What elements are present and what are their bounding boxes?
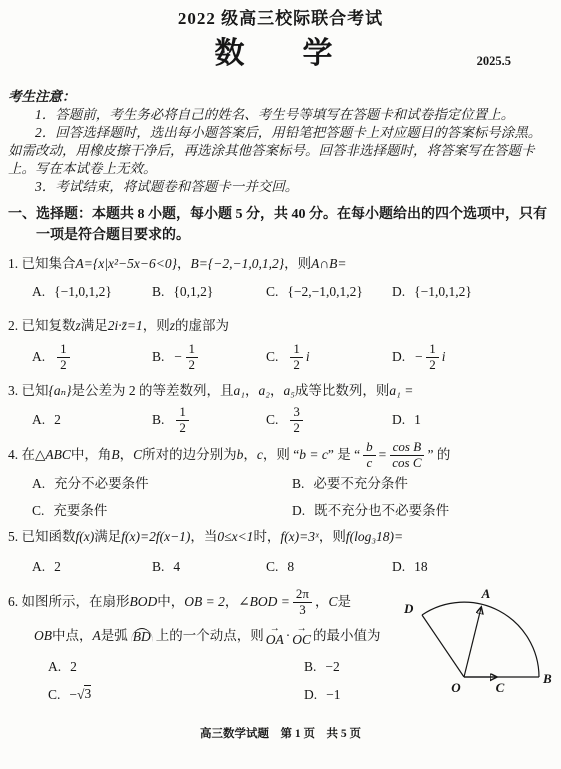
option-value: 2 [70,657,77,677]
option-c: C.32 [266,405,392,436]
option-label: C. [266,557,278,577]
math-expr: a₅ [283,381,294,401]
numerator: 1 [290,342,303,358]
math-expr: OB = 2 [184,592,225,612]
numerator: 1 [426,342,439,358]
denominator: 2 [290,358,303,373]
label-c: C [496,680,505,695]
fraction: 2π3 [293,587,312,618]
stem-text: 的虚部为 [175,316,229,336]
denominator: 2 [426,358,439,373]
option-value: {−2,−1,0,1,2} [287,282,362,302]
fraction: 12 [426,342,439,373]
question-6: 6. 如图所示，在扇形 BOD 中，OB = 2，∠BOD =2π3，C 是 O… [8,587,553,709]
option-b: B.{0,1,2} [152,282,266,302]
denominator: cos C [389,456,424,471]
math-expr: C [328,592,337,612]
option-value: 2 [54,410,61,430]
option-d: D.18 [392,557,553,577]
stem-text: 中，角 [71,445,112,465]
math-expr: B [111,445,119,465]
fraction: cos Bcos C [389,440,424,471]
question-6-stem-line1: 6. 如图所示，在扇形 BOD 中，OB = 2，∠BOD =2π3，C 是 [8,587,401,618]
option-label: B. [304,657,316,677]
math-expr: A={x|x²−5x−6<0} [76,254,177,274]
denominator: 3 [296,603,309,618]
stem-text: ， [177,254,191,274]
arc-over-bd: BD [131,628,153,645]
stem-text: 已知 [22,381,49,401]
option-label: B. [152,557,164,577]
page-footer: 高三数学试题 第 1 页 共 5 页 [8,725,553,741]
question-2-options: A.12 B.−12 C.12i D.−12i [8,342,553,373]
option-label: D. [392,557,405,577]
question-1-options: A.{−1,0,1,2} B.{0,1,2} C.{−2,−1,0,1,2} D… [8,282,553,302]
option-value: 8 [287,557,294,577]
stem-text: 中点， [52,626,93,646]
option-label: A. [48,657,61,677]
notice-heading: 考生注意： [8,88,553,106]
stem-text: ， [243,445,257,465]
numerator: 1 [57,342,70,358]
option-a: A.2 [32,557,152,577]
option-c: C.8 [266,557,392,577]
math-expr: f(x)=2f(x−1) [121,527,190,547]
equals-sign: = [379,445,387,465]
exam-paper-page: 2022 级高三校际联合考试 数 学 2025.5 考生注意： 1．答题前，考生… [0,0,561,769]
option-value: 充要条件 [53,501,107,521]
fraction: 12 [176,405,189,436]
stem-text: ，当 [190,527,217,547]
section-heading: 一、选择题：本题共 8 小题，每小题 5 分，共 40 分。在每小题给出的四个选… [8,204,553,246]
radicand: 3 [84,685,91,705]
stem-text: 是弧 [101,626,128,646]
stem-text: ，则 [319,527,346,547]
option-label: A. [32,410,45,430]
math-expr: C [133,445,142,465]
fraction: 12 [57,342,70,373]
math-expr: a₁ = [389,381,413,401]
stem-text: ” 的 [428,445,451,465]
vector-oc: →OC [292,626,311,647]
option-label: B. [152,347,164,367]
option-label: B. [152,282,164,302]
option-a: A.12 [32,342,152,373]
denominator: c [363,456,375,471]
option-value: −2 [325,657,339,677]
question-5-options: A.2 B.4 C.8 D.18 [8,557,553,577]
exam-date: 2025.5 [477,54,511,69]
option-label: C. [266,347,278,367]
option-b: B.−12 [152,342,266,373]
option-d: D.1 [392,405,553,436]
math-expr: f(log₃18)= [346,527,403,547]
exam-title: 2022 级高三校际联合考试 [8,8,553,30]
math-expr: b [237,445,244,465]
math-expr: OB [34,626,52,646]
option-d: D.−12i [392,342,553,373]
stem-text: 上的一个动点，则 [156,626,264,646]
numerator: 1 [176,405,189,421]
question-3-stem: 3. 已知 {aₙ} 是公差为 2 的等差数列，且 a₁，a₂，a₅ 成等比数列… [8,381,553,401]
question-4: 4. 在 △ABC 中，角 B，C 所对的边分别为 b，c，则 “b = c” … [8,440,553,521]
option-label: D. [392,282,405,302]
stem-text: 在 [22,445,36,465]
denominator: 2 [290,421,303,436]
label-o: O [451,680,461,695]
question-4-stem: 4. 在 △ABC 中，角 B，C 所对的边分别为 b，c，则 “b = c” … [8,440,553,471]
sign: − [69,685,77,705]
option-value: 4 [173,557,180,577]
question-3-options: A.2 B.12 C.32 D.1 [8,405,553,436]
label-b: B [542,671,552,686]
stem-text: 所对的边分别为 [142,445,237,465]
option-label: C. [32,501,44,521]
option-label: D. [292,501,305,521]
question-6-content: 6. 如图所示，在扇形 BOD 中，OB = 2，∠BOD =2π3，C 是 O… [8,587,401,705]
fraction: 12 [290,342,303,373]
math-expr: A∩B= [311,254,346,274]
stem-text: 已知复数 [22,316,76,336]
subject-title: 数 学 [215,36,347,72]
option-value: 必要不充分条件 [313,474,408,494]
option-b: B.4 [152,557,266,577]
option-a: A.充分不必要条件 [32,474,292,494]
stem-text: 满足 [81,316,108,336]
option-label: D. [392,410,405,430]
radius-od [422,615,464,677]
stem-text: ， [315,592,329,612]
option-label: C. [266,410,278,430]
sector-figure: O C B D A [401,587,553,709]
stem-text: 的最小值为 [313,626,381,646]
math-expr: a₂ [258,381,269,401]
option-c: C.充要条件 [32,501,292,521]
math-expr: f(x)=3ˣ [280,527,318,547]
option-label: A. [32,347,45,367]
option-value: 2 [54,557,61,577]
stem-text: 如图所示，在扇形 [22,592,130,612]
stem-text: ， [245,381,259,401]
stem-text: 成等比数列，则 [295,381,390,401]
question-1: 1. 已知集合 A={x|x²−5x−6<0}，B={−2,−1,0,1,2}，… [8,254,553,302]
question-6-options: A.2 B.−2 C.−√3 D.−1 [8,657,401,705]
option-label: B. [152,410,164,430]
option-c: C.{−2,−1,0,1,2} [266,282,392,302]
dot-operator: · [286,626,291,646]
question-1-stem: 1. 已知集合 A={x|x²−5x−6<0}，B={−2,−1,0,1,2}，… [8,254,553,274]
stem-text: ，则 “ [263,445,299,465]
math-expr: b = c [299,445,328,465]
math-expr: 2i·z̄=1 [108,316,143,336]
denominator: 2 [176,421,189,436]
stem-text: 中， [157,592,184,612]
stem-text: 满足 [94,527,121,547]
stem-text: 时， [253,527,280,547]
denominator: 2 [186,358,199,373]
option-d: D.−1 [304,685,401,705]
option-value: 充分不必要条件 [54,474,149,494]
question-2: 2. 已知复数 z 满足 2i·z̄=1，则 z 的虚部为 A.12 B.−12… [8,316,553,373]
option-a: A.{−1,0,1,2} [32,282,152,302]
option-b: B.12 [152,405,266,436]
stem-text: ，则 [143,316,170,336]
option-value: {0,1,2} [173,282,213,302]
option-label: C. [48,685,60,705]
suffix: i [442,347,446,367]
option-b: B.必要不充分条件 [292,474,553,494]
question-2-stem: 2. 已知复数 z 满足 2i·z̄=1，则 z 的虚部为 [8,316,553,336]
option-d: D.{−1,0,1,2} [392,282,553,302]
stem-text: ，则 [284,254,311,274]
option-value: 既不充分也不必要条件 [314,501,449,521]
option-a: A.2 [48,657,304,677]
question-number: 1. [8,254,18,274]
option-label: A. [32,282,45,302]
math-expr: B={−2,−1,0,1,2} [190,254,284,274]
math-expr: BOD [130,592,158,612]
math-expr: {aₙ} [49,381,72,401]
option-value: 18 [414,557,428,577]
stem-text: 是 [338,592,352,612]
option-d: D.既不充分也不必要条件 [292,501,553,521]
label-a: A [481,586,491,601]
vector-letters: OC [292,633,311,647]
math-expr: a₁ [234,381,245,401]
label-d: D [403,601,414,616]
stem-text: ， [270,381,284,401]
vector-oa: →OA [266,626,284,647]
question-5-stem: 5. 已知函数 f(x) 满足 f(x)=2f(x−1)，当 0≤x<1 时，f… [8,527,553,547]
suffix: i [306,347,310,367]
stem-text: ， [225,592,239,612]
notice-item: 2．回答选择题时，选出每小题答案后，用铅笔把答题卡上对应题目的答案标号涂黑。如需… [8,124,553,178]
radical-sign: √ [77,685,84,705]
option-b: B.−2 [304,657,401,677]
option-label: A. [32,474,45,494]
numerator: 1 [186,342,199,358]
stem-text: 已知集合 [22,254,76,274]
sign: − [414,347,423,367]
sign: − [173,347,182,367]
question-number: 6. [8,592,18,612]
math-expr: f(x) [76,527,95,547]
question-number: 4. [8,445,18,465]
stem-text: ” 是 “ [328,445,360,465]
square-root: √3 [77,685,91,705]
question-number: 2. [8,316,18,336]
stem-text: 是公差为 2 的等差数列，且 [72,381,234,401]
option-label: C. [266,282,278,302]
subject-row: 数 学 2025.5 [8,30,553,72]
question-4-options: A.充分不必要条件 B.必要不充分条件 C.充要条件 D.既不充分也不必要条件 [8,474,553,521]
math-expr: A [93,626,101,646]
math-expr: ∠BOD = [238,592,290,612]
option-value: {−1,0,1,2} [414,282,472,302]
option-c: C.−√3 [48,685,304,705]
fraction: 12 [186,342,199,373]
option-value: {−1,0,1,2} [54,282,112,302]
notice-item: 3．考试结束，将试题卷和答题卡一并交回。 [8,178,553,196]
question-number: 3. [8,381,18,401]
vector-letters: OA [266,633,284,647]
option-label: B. [292,474,304,494]
numerator: b [363,440,376,456]
option-value: −1 [326,685,340,705]
fraction: bc [363,440,376,471]
option-label: A. [32,557,45,577]
arc-bd [422,602,539,677]
numerator: cos B [390,440,425,456]
question-6-stem-line2: OB 中点，A 是弧 BD 上的一个动点，则 →OA·→OC 的最小值为 [8,626,401,647]
question-number: 5. [8,527,18,547]
vector-oa-line [464,608,481,677]
notice-section: 考生注意： 1．答题前，考生务必将自己的姓名、考生号等填写在答题卡和试卷指定位置… [8,88,553,196]
notice-item: 1．答题前，考生务必将自己的姓名、考生号等填写在答题卡和试卷指定位置上。 [8,106,553,124]
question-3: 3. 已知 {aₙ} 是公差为 2 的等差数列，且 a₁，a₂，a₅ 成等比数列… [8,381,553,436]
option-c: C.12i [266,342,392,373]
question-5: 5. 已知函数 f(x) 满足 f(x)=2f(x−1)，当 0≤x<1 时，f… [8,527,553,577]
numerator: 2π [293,587,312,603]
math-expr: 0≤x<1 [217,527,253,547]
math-expr: △ABC [35,445,71,465]
option-a: A.2 [32,405,152,436]
option-label: D. [304,685,317,705]
denominator: 2 [57,358,70,373]
option-label: D. [392,347,405,367]
stem-text: ， [120,445,134,465]
stem-text: 已知函数 [22,527,76,547]
fraction: 32 [290,405,303,436]
numerator: 3 [290,405,303,421]
option-value: 1 [414,410,421,430]
